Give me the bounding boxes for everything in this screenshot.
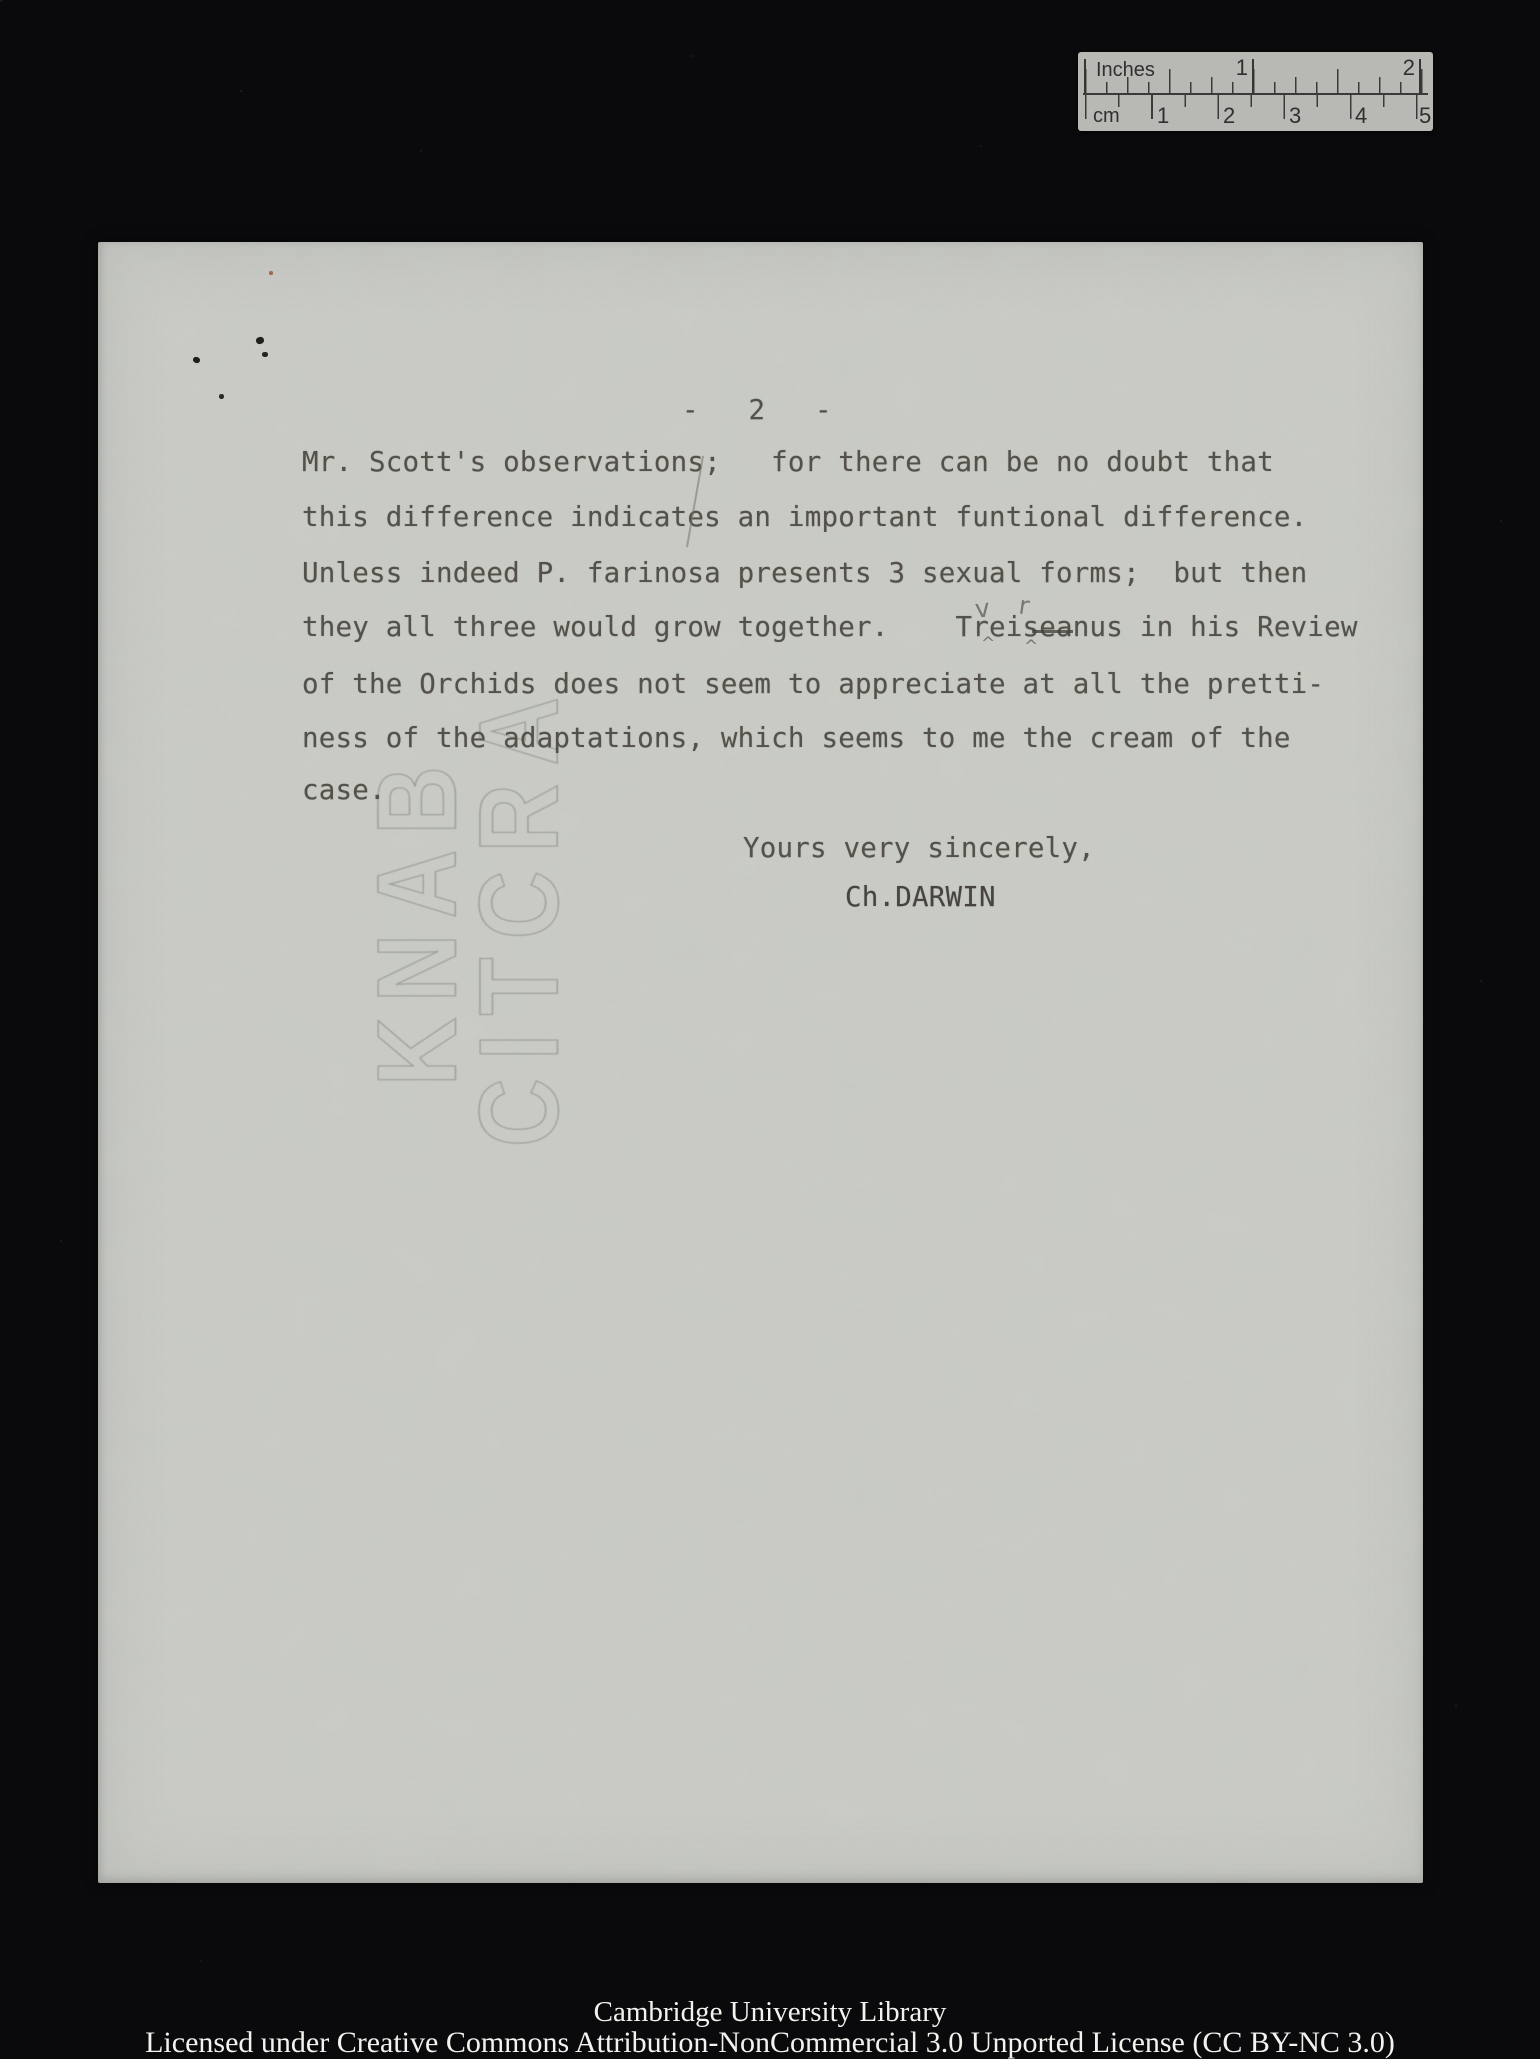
letter-closing: Yours very sincerely, xyxy=(743,835,1095,863)
watermark-letter: C xyxy=(464,871,576,940)
ruler-cm-label: cm xyxy=(1093,106,1120,126)
letter-line-6: ness of the adaptations, which seems to … xyxy=(302,725,1291,753)
ruler-cm-number-3: 3 xyxy=(1289,105,1301,127)
scanned-letter-photograph: Inches 1 2 cm 1 2 3 4 5 xyxy=(0,0,1540,2059)
letter-line-2: this difference indicates an important f… xyxy=(302,504,1307,532)
ruler-cm-number-5: 5 xyxy=(1419,105,1431,127)
ruler-inch-tick-2 xyxy=(1419,59,1421,93)
library-name: Cambridge University Library xyxy=(0,1997,1540,2027)
watermark-letter: I xyxy=(464,1034,576,1060)
pencil-caret-mark: ^ xyxy=(1024,637,1038,657)
paper-texture xyxy=(98,242,1423,1883)
letter-line-7: case. xyxy=(302,777,386,805)
ink-speck xyxy=(255,336,264,345)
letter-line-5: of the Orchids does not seem to apprecia… xyxy=(302,671,1324,699)
watermark-letter: N xyxy=(362,934,474,1003)
ruler-inch-tick-1 xyxy=(1252,59,1254,93)
ruler-inches-label: Inches xyxy=(1096,60,1155,80)
rust-speck xyxy=(269,271,273,275)
watermark-letter: T xyxy=(464,958,576,1016)
ruler-cm-ticks xyxy=(1085,94,1425,119)
letter-line-1: Mr. Scott's observations; for there can … xyxy=(302,449,1274,477)
page-number: - 2 - xyxy=(682,397,832,425)
ruler-inch-number-1: 1 xyxy=(1228,57,1248,79)
pencil-strikethrough xyxy=(1032,630,1073,633)
ruler-cm-number-1: 1 xyxy=(1157,105,1169,127)
license-text: Licensed under Creative Commons Attribut… xyxy=(0,2027,1540,2058)
watermark-word-bank: K N A B xyxy=(353,766,483,1086)
pencil-caret-mark: ^ xyxy=(981,634,995,654)
letter-line-3: Unless indeed P. farinosa presents 3 sex… xyxy=(302,560,1307,588)
document-page: C I T C R A K N A B - 2 - Mr. Scott's ob… xyxy=(98,242,1423,1883)
watermark-letter: R xyxy=(464,784,576,853)
ink-speck xyxy=(219,394,224,399)
ruler-inch-number-2: 2 xyxy=(1395,57,1415,79)
photo-scale-ruler: Inches 1 2 cm 1 2 3 4 5 xyxy=(1078,52,1433,131)
pencil-insertion-letter-v: v xyxy=(974,593,992,623)
watermark-letter: C xyxy=(464,1078,576,1147)
watermark-word-arctic: C I T C R A xyxy=(455,697,585,1147)
dust-specks xyxy=(0,0,2,2)
letter-signature: Ch.DARWIN xyxy=(845,884,996,912)
watermark-letter: A xyxy=(362,850,474,919)
footer-caption: Cambridge University Library Licensed un… xyxy=(0,1997,1540,2058)
ruler-cm-number-4: 4 xyxy=(1355,105,1367,127)
ink-speck xyxy=(192,356,201,364)
ruler-inch-tick-0 xyxy=(1084,59,1086,93)
letter-line-4: they all three would grow together. Trei… xyxy=(302,614,1358,642)
watermark-letter: K xyxy=(362,1017,474,1086)
ruler-cm-number-2: 2 xyxy=(1223,105,1235,127)
ink-speck xyxy=(262,352,268,357)
